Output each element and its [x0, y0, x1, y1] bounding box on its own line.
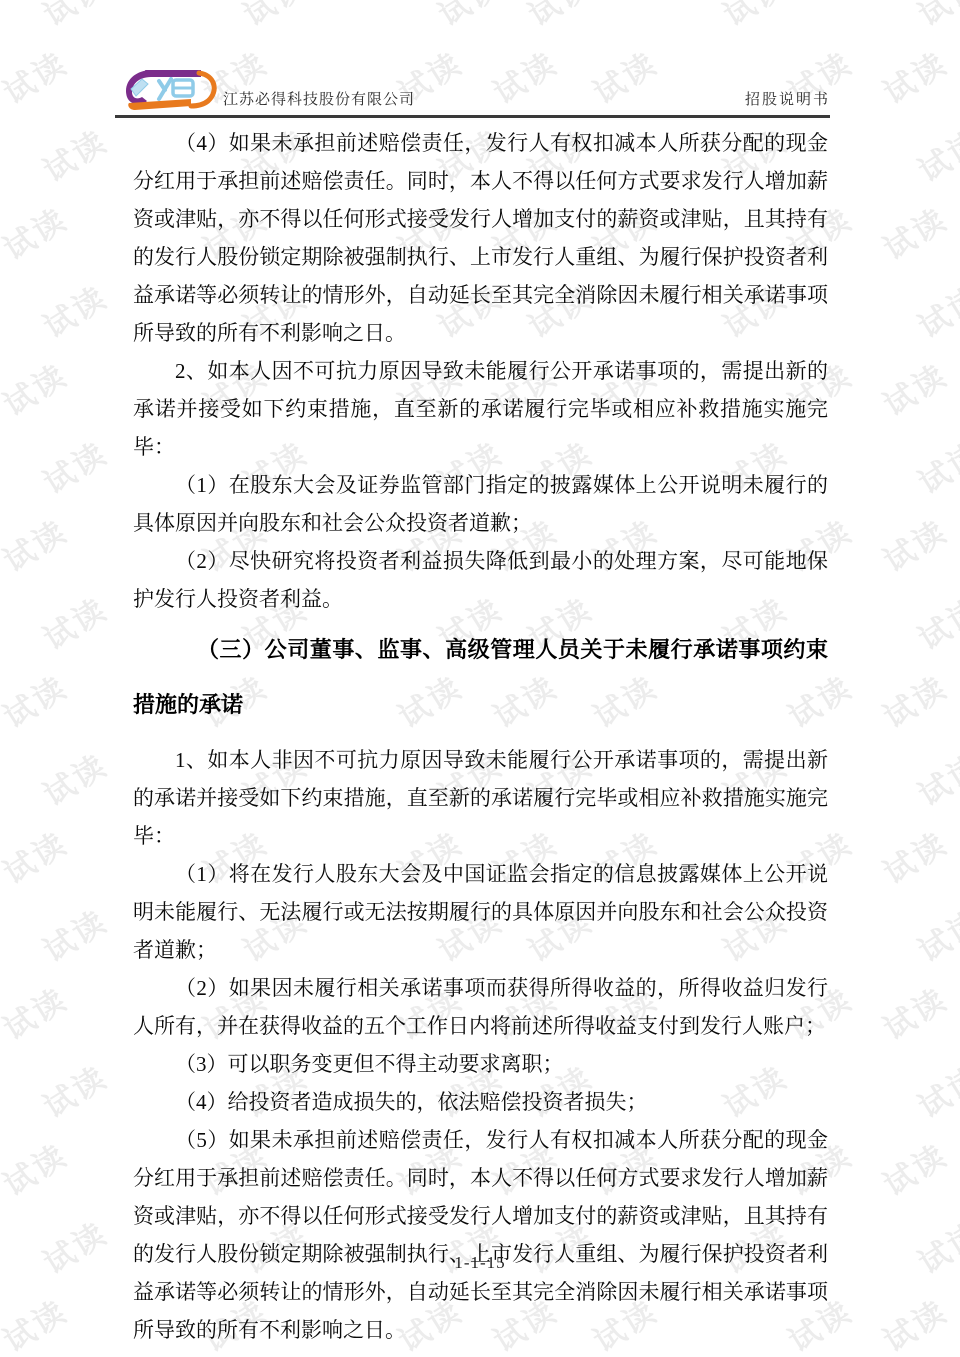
watermark-text: 试读 [908, 896, 960, 970]
body-paragraph: （4）如果未承担前述赔偿责任，发行人有权扣减本人所获分配的现金分红用于承担前述赔… [133, 124, 828, 352]
page-number: 1-1-15 [454, 1253, 505, 1272]
watermark-text: 试读 [233, 0, 315, 35]
watermark-text: 试读 [908, 272, 960, 346]
watermark-text: 试读 [0, 38, 75, 112]
watermark-text: 试读 [873, 974, 955, 1048]
doc-type-label: 招股说明书 [745, 93, 830, 115]
watermark-text: 试读 [33, 740, 115, 814]
watermark-text: 试读 [33, 0, 115, 35]
body-paragraph: （5）如果未承担前述赔偿责任，发行人有权扣减本人所获分配的现金分红用于承担前述赔… [133, 1121, 828, 1349]
watermark-text: 试读 [873, 38, 955, 112]
watermark-text: 试读 [33, 584, 115, 658]
watermark-text: 试读 [0, 194, 75, 268]
body-paragraph: 2、如本人因不可抗力原因导致未能履行公开承诺事项的，需提出新的承诺并接受如下约束… [133, 352, 828, 466]
watermark-text: 试读 [0, 974, 75, 1048]
watermark-text: 试读 [873, 506, 955, 580]
watermark-text: 试读 [33, 1052, 115, 1126]
body-text: （4）如果未承担前述赔偿责任，发行人有权扣减本人所获分配的现金分红用于承担前述赔… [133, 121, 828, 1349]
watermark-text: 试读 [873, 1130, 955, 1204]
watermark-text: 试读 [873, 818, 955, 892]
watermark-text: 试读 [908, 1052, 960, 1126]
watermark-text: 试读 [908, 0, 960, 35]
watermark-text: 试读 [0, 1130, 75, 1204]
body-paragraph: （1）将在发行人股东大会及中国证监会指定的信息披露媒体上公开说明未能履行、无法履… [133, 855, 828, 969]
body-paragraph: （1）在股东大会及证券监管部门指定的披露媒体上公开说明未履行的具体原因并向股东和… [133, 466, 828, 542]
watermark-text: 试读 [0, 1286, 75, 1357]
watermark-text: 试读 [0, 818, 75, 892]
body-paragraph: （3）可以职务变更但不得主动要求离职； [133, 1045, 828, 1083]
page-footer: 1-1-15 [0, 1253, 960, 1273]
watermark-text: 试读 [713, 0, 795, 35]
watermark-text: 试读 [873, 350, 955, 424]
watermark-text: 试读 [428, 0, 510, 35]
watermark-text: 试读 [0, 506, 75, 580]
page-header: 江苏必得科技股份有限公司 招股说明书 [115, 58, 830, 118]
watermark-text: 试读 [873, 1286, 955, 1357]
watermark-text: 试读 [0, 350, 75, 424]
body-paragraph: （2）尽快研究将投资者利益损失降低到最小的处理方案，尽可能地保护发行人投资者利益… [133, 542, 828, 618]
watermark-text: 试读 [908, 584, 960, 658]
watermark-text: 试读 [873, 194, 955, 268]
body-paragraph: （4）给投资者造成损失的，依法赔偿投资者损失； [133, 1083, 828, 1121]
watermark-text: 试读 [33, 272, 115, 346]
watermark-text: 试读 [908, 116, 960, 190]
watermark-text: 试读 [33, 896, 115, 970]
watermark-text: 试读 [518, 0, 600, 35]
document-page: 试读试读试读试读试读试读试读试读试读试读试读试读试读试读试读试读试读试读试读试读… [0, 0, 960, 1357]
body-paragraph: 1、如本人非因不可抗力原因导致未能履行公开承诺事项的，需提出新的承诺并接受如下约… [133, 741, 828, 855]
section-heading: （三）公司董事、监事、高级管理人员关于未履行承诺事项约束措施的承诺 [133, 622, 828, 732]
company-name: 江苏必得科技股份有限公司 [223, 93, 415, 115]
watermark-text: 试读 [908, 428, 960, 502]
watermark-text: 试读 [33, 116, 115, 190]
body-paragraph: （2）如果因未履行相关承诺事项而获得所得收益的，所得收益归发行人所有，并在获得收… [133, 969, 828, 1045]
company-logo [115, 57, 223, 115]
watermark-text: 试读 [873, 662, 955, 736]
header-left: 江苏必得科技股份有限公司 [115, 57, 415, 115]
watermark-text: 试读 [0, 662, 75, 736]
watermark-text: 试读 [908, 740, 960, 814]
watermark-text: 试读 [33, 428, 115, 502]
